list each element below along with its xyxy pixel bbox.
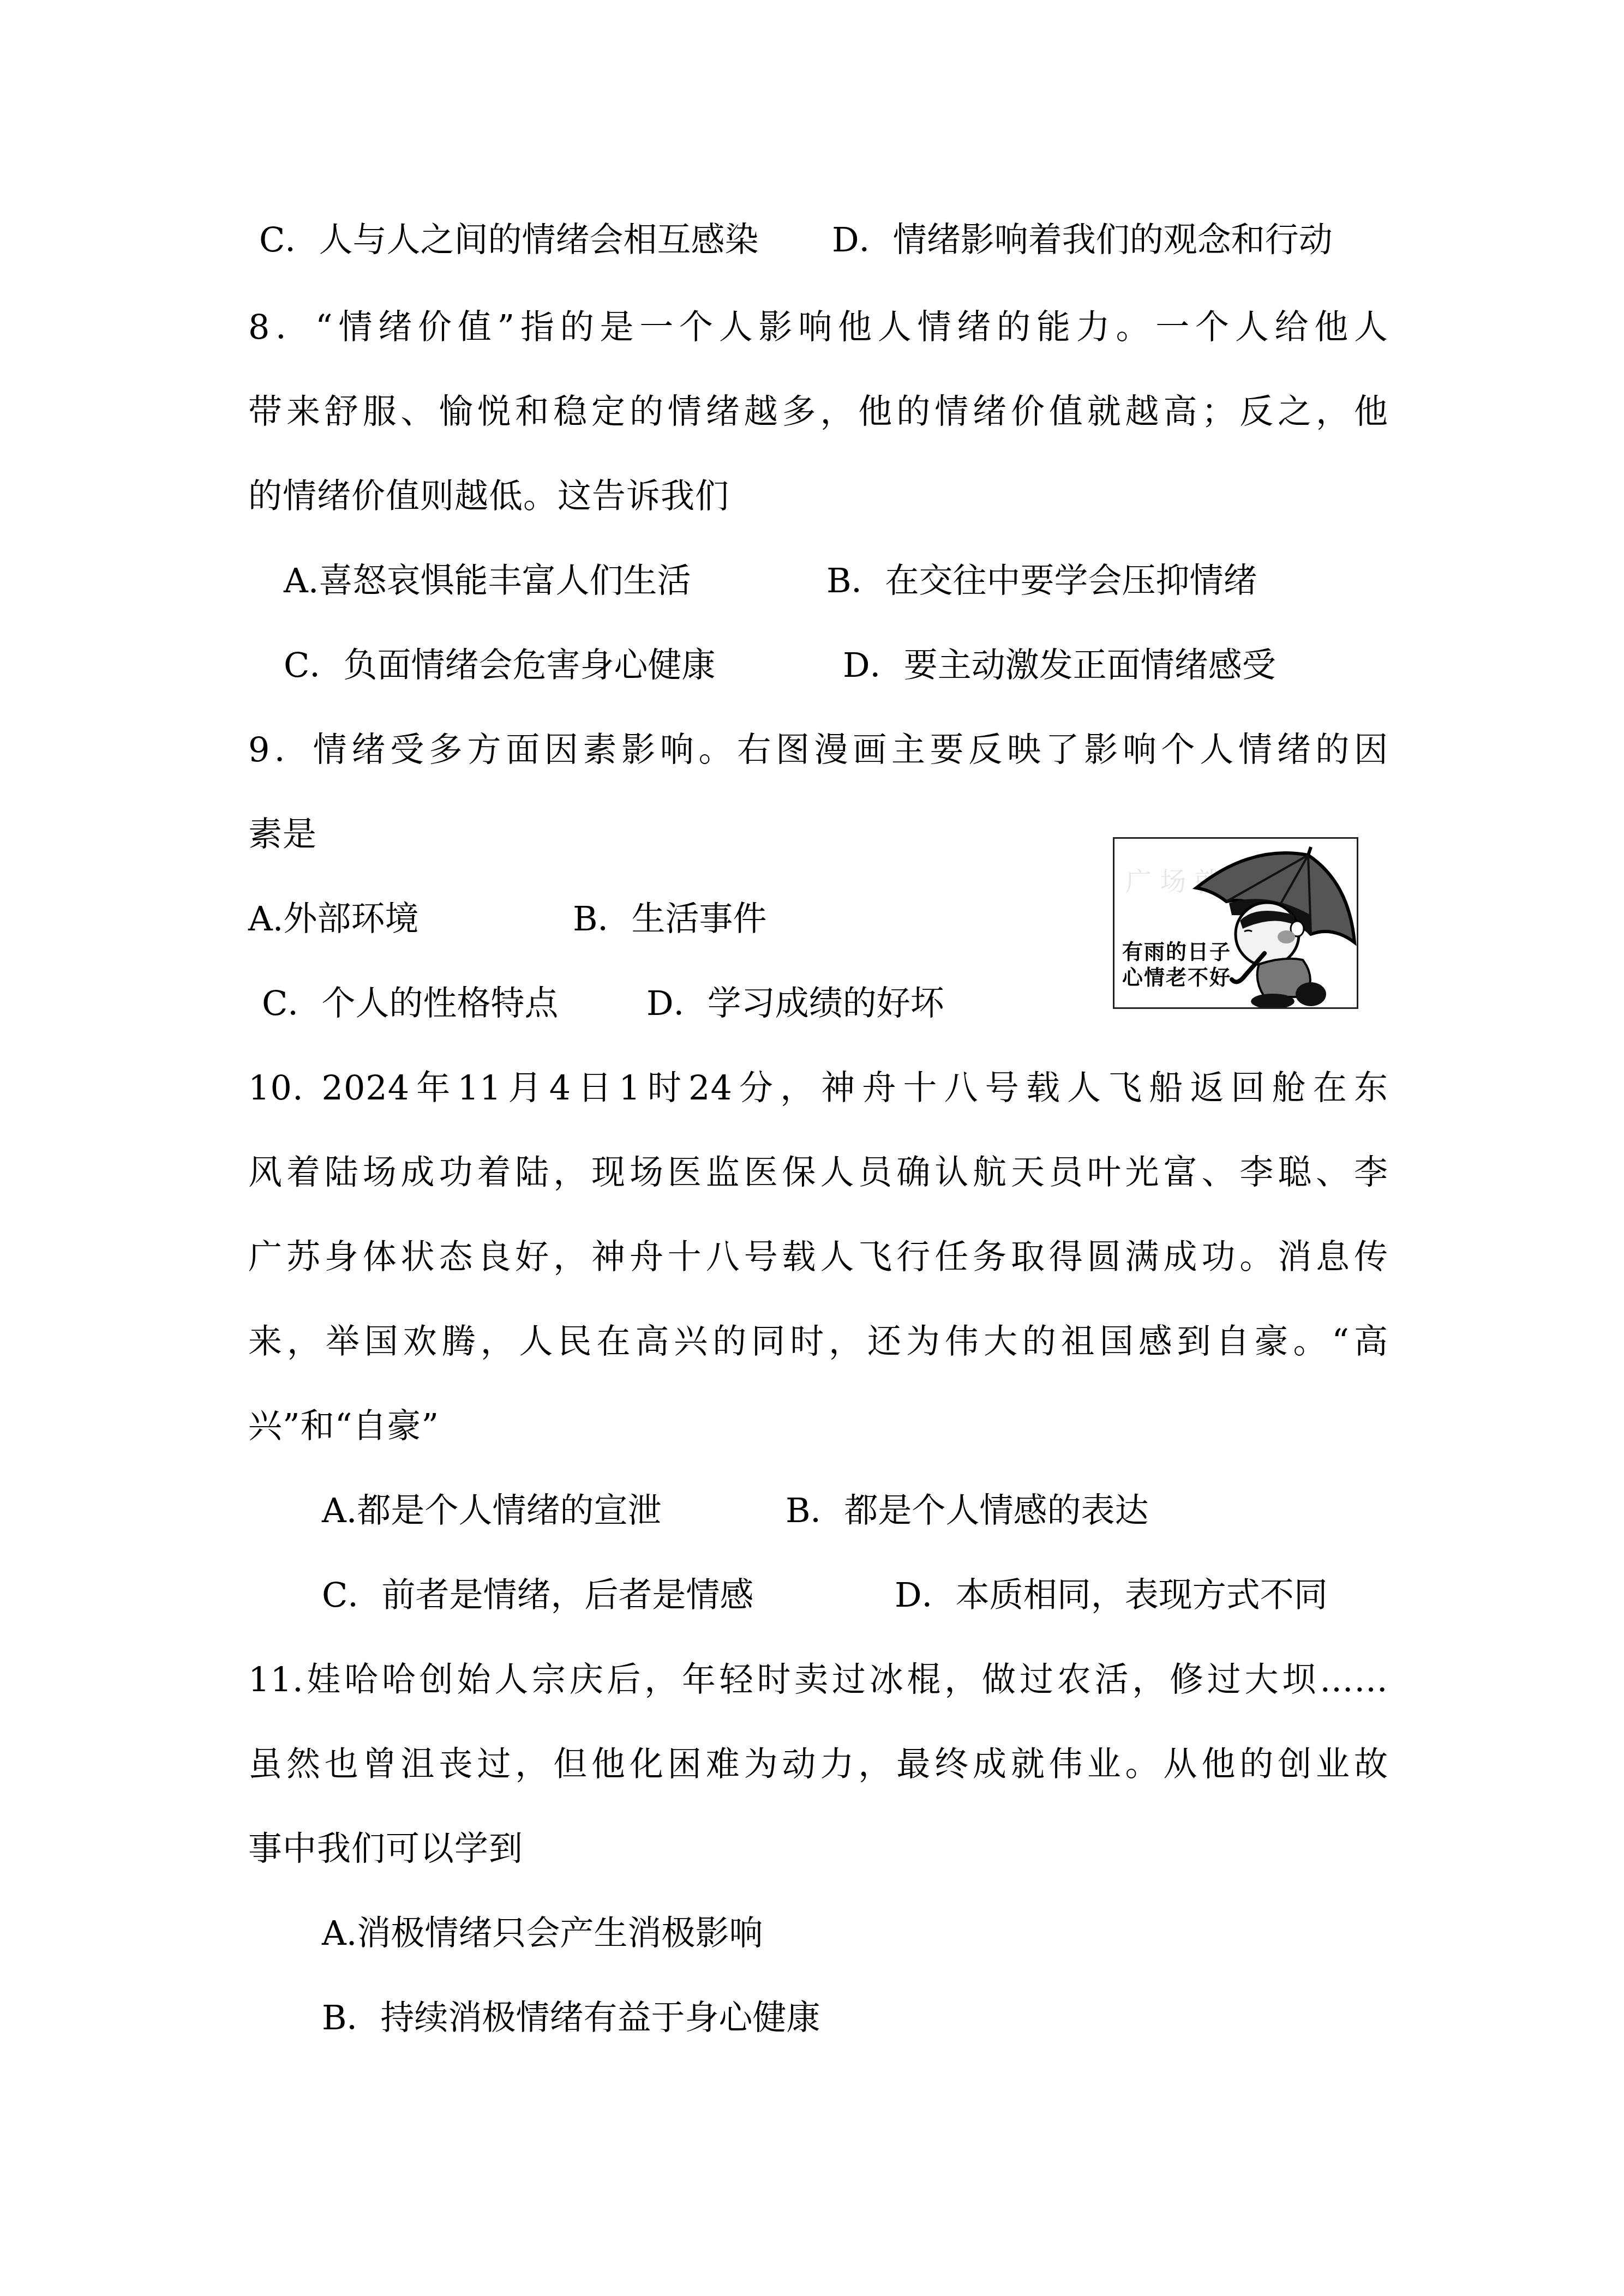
- q10-stem-line-4: 来，举国欢腾，人民在高兴的同时，还为伟大的祖国感到自豪。“高: [248, 1320, 1388, 1363]
- q11-option-b: B．持续消极情绪有益于身心健康: [322, 1996, 820, 2040]
- q8-option-c: C．负面情绪会危害身心健康: [284, 644, 715, 687]
- cartoon-caption-line-1: 有雨的日子: [1122, 940, 1231, 964]
- q7-option-c: C．人与人之间的情绪会相互感染: [259, 218, 758, 262]
- q8-option-a: A.喜怒哀惧能丰富人们生活: [284, 559, 691, 603]
- q9-option-d: D．学习成绩的好坏: [646, 982, 944, 1025]
- q8-stem-line-1: 8．“情绪价值”指的是一个人影响他人情绪的能力。一个人给他人: [248, 305, 1388, 349]
- q10-option-a: A.都是个人情绪的宣泄: [322, 1489, 661, 1532]
- q10-stem-line-3: 广苏身体状态良好，神舟十八号载人飞行任务取得圆满成功。消息传: [248, 1235, 1388, 1279]
- q8-stem-line-3: 的情绪价值则越低。这告诉我们: [248, 474, 1388, 518]
- q7-option-d: D．情绪影响着我们的观念和行动: [832, 218, 1333, 262]
- q10-stem-line-1: 10. 2024年11月4日1时24分，神舟十八号载人飞船返回舱在东: [248, 1066, 1388, 1110]
- q8-option-b: B．在交往中要学会压抑情绪: [826, 559, 1257, 603]
- q10-option-d: D．本质相同，表现方式不同: [895, 1573, 1328, 1617]
- q11-stem-line-3: 事中我们可以学到: [248, 1827, 1388, 1871]
- q8-stem-line-2: 带来舒服、愉悦和稳定的情绪越多，他的情绪价值就越高；反之，他: [248, 390, 1388, 434]
- q11-option-a: A.消极情绪只会产生消极影响: [322, 1912, 763, 1955]
- q10-option-b: B．都是个人情感的表达: [786, 1489, 1149, 1532]
- q8-option-d: D．要主动激发正面情绪感受: [843, 644, 1276, 687]
- q11-stem-line-2: 虽然也曾沮丧过，但他化困难为动力，最终成就伟业。从他的创业故: [248, 1742, 1388, 1786]
- q10-option-c: C．前者是情绪，后者是情感: [322, 1573, 753, 1617]
- exam-page: C．人与人之间的情绪会相互感染 D．情绪影响着我们的观念和行动 8．“情绪价值”…: [0, 0, 1624, 2296]
- q9-option-a: A.外部环境: [248, 897, 418, 941]
- q10-stem-line-5: 兴”和“自豪”: [248, 1404, 1388, 1448]
- q10-stem-line-2: 风着陆场成功着陆，现场医监医保人员确认航天员叶光富、李聪、李: [248, 1151, 1388, 1194]
- q9-option-c: C．个人的性格特点: [262, 982, 558, 1025]
- q9-stem-line-1: 9．情绪受多方面因素影响。右图漫画主要反映了影响个人情绪的因: [248, 728, 1388, 772]
- cartoon-caption-line-2: 心情老不好: [1122, 965, 1231, 989]
- q11-stem-line-1: 11.娃哈哈创始人宗庆后，年轻时卖过冰棍，做过农活，修过大坝……: [248, 1658, 1388, 1702]
- q9-option-b: B．生活事件: [573, 897, 767, 941]
- rain-umbrella-cartoon: 广 场 就 有雨的日子 心情老不好: [1113, 837, 1358, 1009]
